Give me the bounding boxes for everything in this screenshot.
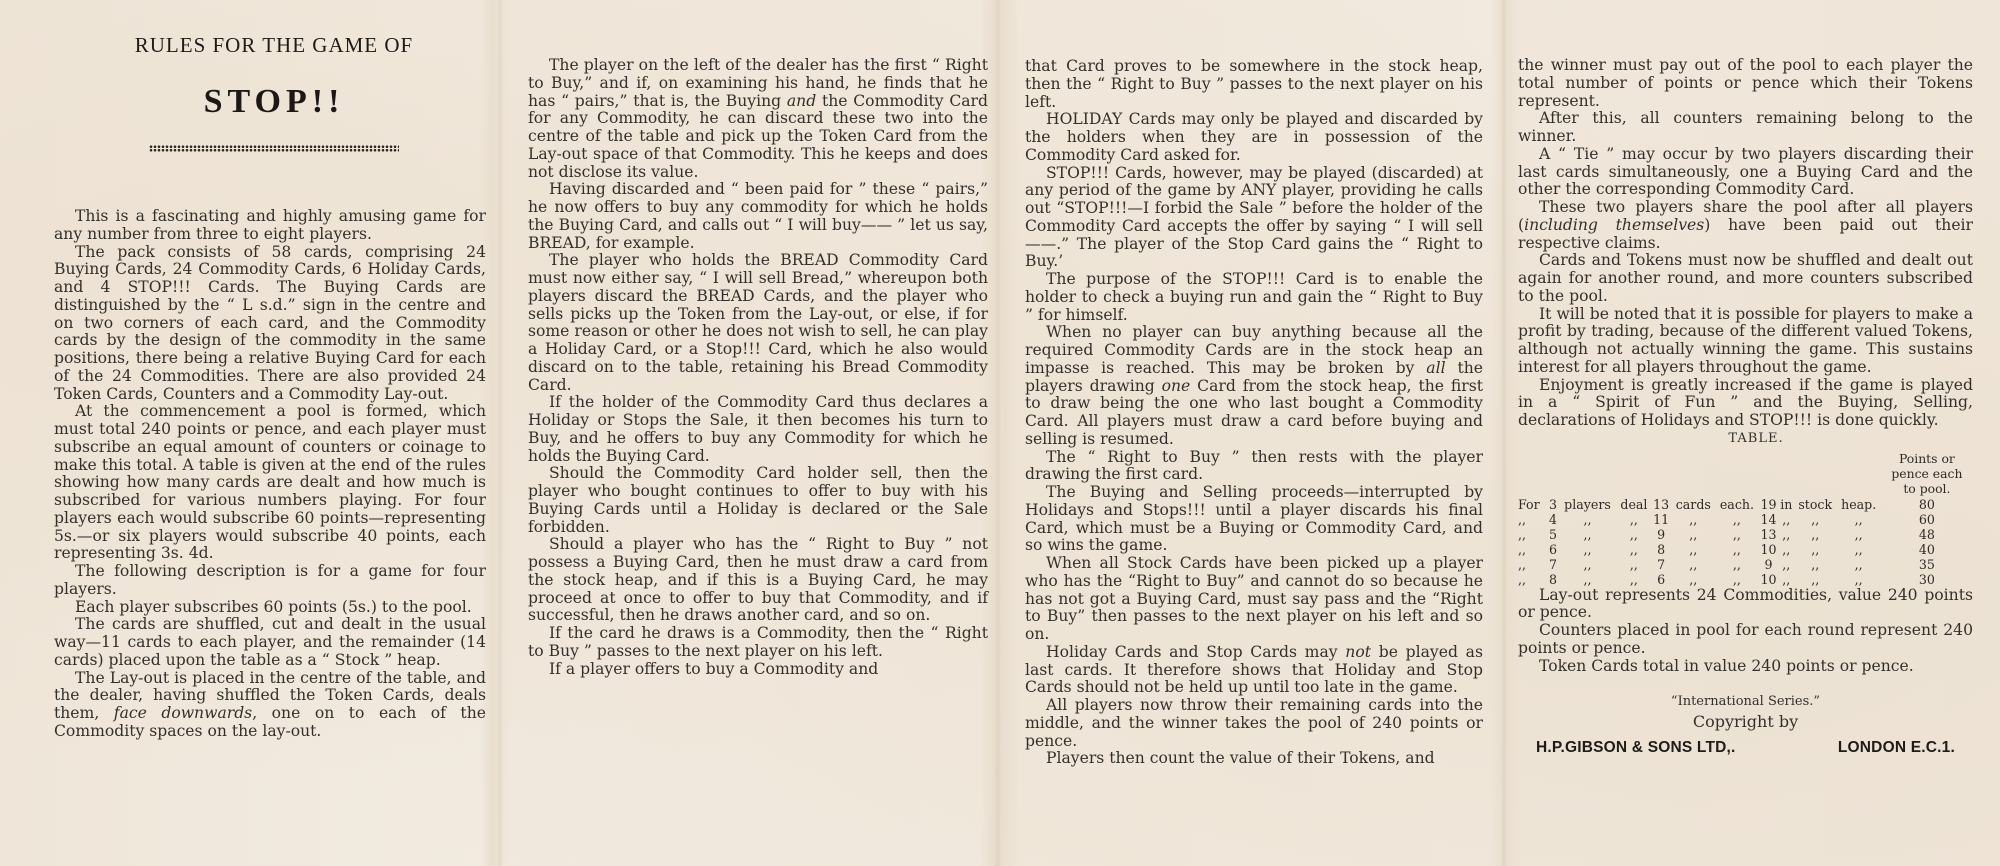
table-row: ,, 5 ,, ,, 9 ,, ,, 13 ,, ,, ,, 48	[1518, 527, 1973, 542]
table-row: ,, 8 ,, ,, 6 ,, ,, 10 ,, ,, ,, 30	[1518, 572, 1973, 587]
paragraph: At the commencement a pool is formed, wh…	[54, 403, 486, 563]
cell-points: 35	[1881, 557, 1973, 572]
paragraph: the winner must pay out of the pool to e…	[1518, 57, 1973, 110]
cell: ,,	[1558, 527, 1617, 542]
header-line: pence each	[1891, 466, 1962, 481]
cell-points: 48	[1881, 527, 1973, 542]
heading-stop: STOP!!	[54, 83, 494, 121]
heading-rules-for-the-game: RULES FOR THE GAME OF	[54, 33, 494, 58]
paragraph: that Card proves to be somewhere in the …	[1025, 58, 1483, 111]
cell: ,,	[1518, 557, 1548, 572]
cell: ,,	[1794, 572, 1837, 587]
cell-stock: 10	[1758, 542, 1778, 557]
column-3: that Card proves to be somewhere in the …	[1025, 58, 1483, 768]
header-line: to pool.	[1903, 481, 1950, 496]
paragraph: Enjoyment is greatly increased if the ga…	[1518, 377, 1973, 430]
table-row: ,, 4 ,, ,, 11 ,, ,, 14 ,, ,, ,, 60	[1518, 512, 1973, 527]
paragraph: When no player can buy anything because …	[1025, 324, 1483, 448]
paragraph: HOLIDAY Cards may only be played and dis…	[1025, 111, 1483, 164]
cell-players: 3	[1548, 497, 1558, 512]
header-line: Points or	[1899, 451, 1955, 466]
paragraph: All players now throw their remaining ca…	[1025, 697, 1483, 750]
cell-stock: 10	[1758, 572, 1778, 587]
cell-stock: 14	[1758, 512, 1778, 527]
column-1: This is a fascinating and highly amusing…	[54, 208, 486, 741]
dotted-divider	[149, 145, 399, 152]
cell: ,,	[1715, 542, 1758, 557]
paragraph: The Buying and Selling proceeds—interrup…	[1025, 484, 1483, 555]
paragraph: Players then count the value of their To…	[1025, 750, 1483, 768]
cell: ,,	[1671, 572, 1715, 587]
cell-points: 30	[1881, 572, 1973, 587]
paragraph: If the holder of the Commodity Card thus…	[528, 394, 988, 465]
cell-cards: 11	[1651, 512, 1671, 527]
cell: ,,	[1779, 542, 1794, 557]
column-4: the winner must pay out of the pool to e…	[1518, 57, 1973, 757]
cell: players	[1558, 497, 1617, 512]
cell: ,,	[1715, 527, 1758, 542]
fold-crease	[995, 0, 1001, 866]
cell-cards: 13	[1651, 497, 1671, 512]
table-row: ,, 6 ,, ,, 8 ,, ,, 10 ,, ,, ,, 40	[1518, 542, 1973, 557]
cell: stock	[1794, 497, 1837, 512]
cell-cards: 8	[1651, 542, 1671, 557]
cell: cards	[1671, 497, 1715, 512]
cell: ,,	[1671, 512, 1715, 527]
cell: For	[1518, 497, 1548, 512]
cell: ,,	[1794, 542, 1837, 557]
cell: ,,	[1837, 542, 1881, 557]
cell: ,,	[1837, 557, 1881, 572]
paragraph: These two players share the pool after a…	[1518, 199, 1973, 252]
cell: ,,	[1715, 572, 1758, 587]
cell-points: 60	[1881, 512, 1973, 527]
cell: ,,	[1558, 542, 1617, 557]
text-span: Holiday Cards and Stop Cards may	[1046, 643, 1345, 661]
paragraph: The Lay-out is placed in the centre of t…	[54, 670, 486, 741]
cell-stock: 13	[1758, 527, 1778, 542]
cell: ,,	[1779, 572, 1794, 587]
paragraph: This is a fascinating and highly amusing…	[54, 208, 486, 244]
table-row: For 3 players deal 13 cards each. 19 in …	[1518, 497, 1973, 512]
dealing-table: Points orpence eachto pool. For 3 player…	[1518, 450, 1973, 587]
cell: ,,	[1617, 572, 1651, 587]
publisher-footer: “International Series.” Copyright by H.P…	[1518, 693, 1973, 756]
cell: ,,	[1671, 527, 1715, 542]
publisher-name: H.P.GIBSON & SONS LTD,.	[1536, 739, 1736, 757]
cell: ,,	[1558, 557, 1617, 572]
fold-crease	[1501, 0, 1507, 866]
cell: ,,	[1715, 512, 1758, 527]
cell: ,,	[1518, 512, 1548, 527]
cell: ,,	[1794, 557, 1837, 572]
cell-cards: 6	[1651, 572, 1671, 587]
cell: ,,	[1837, 572, 1881, 587]
publisher-location: LONDON E.C.1.	[1838, 739, 1955, 757]
cell: ,,	[1617, 557, 1651, 572]
points-header: Points orpence eachto pool.	[1881, 450, 1973, 497]
cell: ,,	[1671, 542, 1715, 557]
paragraph: Counters placed in pool for each round r…	[1518, 622, 1973, 658]
paragraph: Cards and Tokens must now be shuffled an…	[1518, 252, 1973, 305]
cell: ,,	[1617, 512, 1651, 527]
table-header-row: Points orpence eachto pool.	[1518, 450, 1973, 497]
cell-players: 6	[1548, 542, 1558, 557]
cell-points: 80	[1881, 497, 1973, 512]
paragraph: Holiday Cards and Stop Cards may not be …	[1025, 644, 1483, 697]
paragraph: When all Stock Cards have been picked up…	[1025, 555, 1483, 644]
fold-crease	[497, 0, 503, 866]
cell: ,,	[1794, 527, 1837, 542]
cell-stock: 9	[1758, 557, 1778, 572]
paragraph: The following description is for a game …	[54, 563, 486, 599]
cell: each.	[1715, 497, 1758, 512]
paragraph: The player who holds the BREAD Commodity…	[528, 252, 988, 394]
title-block: RULES FOR THE GAME OF STOP!!	[54, 30, 494, 152]
cell-players: 4	[1548, 512, 1558, 527]
cell: ,,	[1715, 557, 1758, 572]
cell-players: 7	[1548, 557, 1558, 572]
cell: ,,	[1617, 542, 1651, 557]
paragraph: If a player offers to buy a Commodity an…	[528, 661, 988, 679]
cell-points: 40	[1881, 542, 1973, 557]
cell-cards: 9	[1651, 527, 1671, 542]
column-2: The player on the left of the dealer has…	[528, 57, 988, 678]
cell: ,,	[1671, 557, 1715, 572]
italic-text: not	[1345, 643, 1371, 661]
cell: deal	[1617, 497, 1651, 512]
cell: ,,	[1518, 527, 1548, 542]
cell: in	[1779, 497, 1794, 512]
paragraph: Each player subscribes 60 points (5s.) t…	[54, 599, 486, 617]
italic-text: face downwards	[114, 704, 252, 722]
cell-players: 5	[1548, 527, 1558, 542]
italic-text: one	[1162, 377, 1191, 395]
cell: ,,	[1558, 572, 1617, 587]
paragraph: STOP!!! Cards, however, may be played (d…	[1025, 165, 1483, 272]
paragraph: Should a player who has the “ Right to B…	[528, 536, 988, 625]
italic-text: all	[1426, 359, 1445, 377]
paragraph: The purpose of the STOP!!! Card is to en…	[1025, 271, 1483, 324]
paragraph: The cards are shuffled, cut and dealt in…	[54, 616, 486, 669]
cell: ,,	[1518, 542, 1548, 557]
paragraph: After this, all counters remaining belon…	[1518, 110, 1973, 146]
italic-text: including themselves	[1524, 216, 1704, 234]
cell: ,,	[1837, 527, 1881, 542]
paragraph: A “ Tie ” may occur by two players disca…	[1518, 146, 1973, 199]
cell: ,,	[1779, 557, 1794, 572]
paragraph: Should the Commodity Card holder sell, t…	[528, 465, 988, 536]
cell-players: 8	[1548, 572, 1558, 587]
cell: ,,	[1617, 527, 1651, 542]
publisher-line: H.P.GIBSON & SONS LTD,. LONDON E.C.1.	[1518, 739, 1973, 757]
paragraph: The “ Right to Buy ” then rests with the…	[1025, 449, 1483, 485]
copyright-label: Copyright by	[1518, 713, 1973, 731]
cell-stock: 19	[1758, 497, 1778, 512]
paragraph: It will be noted that it is possible for…	[1518, 306, 1973, 377]
text-span: When no player can buy anything because …	[1025, 323, 1483, 377]
paragraph: Having discarded and “ been paid for ” t…	[528, 181, 988, 252]
table-row: ,, 7 ,, ,, 7 ,, ,, 9 ,, ,, ,, 35	[1518, 557, 1973, 572]
cell: ,,	[1837, 512, 1881, 527]
cell: ,,	[1794, 512, 1837, 527]
cell: ,,	[1558, 512, 1617, 527]
cell: ,,	[1779, 512, 1794, 527]
cell-cards: 7	[1651, 557, 1671, 572]
paragraph: The pack consists of 58 cards, comprisin…	[54, 244, 486, 404]
cell: ,,	[1779, 527, 1794, 542]
series-label: “International Series.”	[1518, 693, 1973, 711]
table-title: TABLE.	[1518, 430, 1973, 448]
paragraph: Lay-out represents 24 Commodities, value…	[1518, 587, 1973, 623]
cell: heap.	[1837, 497, 1881, 512]
cell: ,,	[1518, 572, 1548, 587]
paragraph: Token Cards total in value 240 points or…	[1518, 658, 1973, 676]
paragraph: The player on the left of the dealer has…	[528, 57, 988, 181]
italic-text: and	[787, 92, 816, 110]
paragraph: If the card he draws is a Commodity, the…	[528, 625, 988, 661]
rules-leaflet: RULES FOR THE GAME OF STOP!! This is a f…	[0, 0, 2000, 866]
